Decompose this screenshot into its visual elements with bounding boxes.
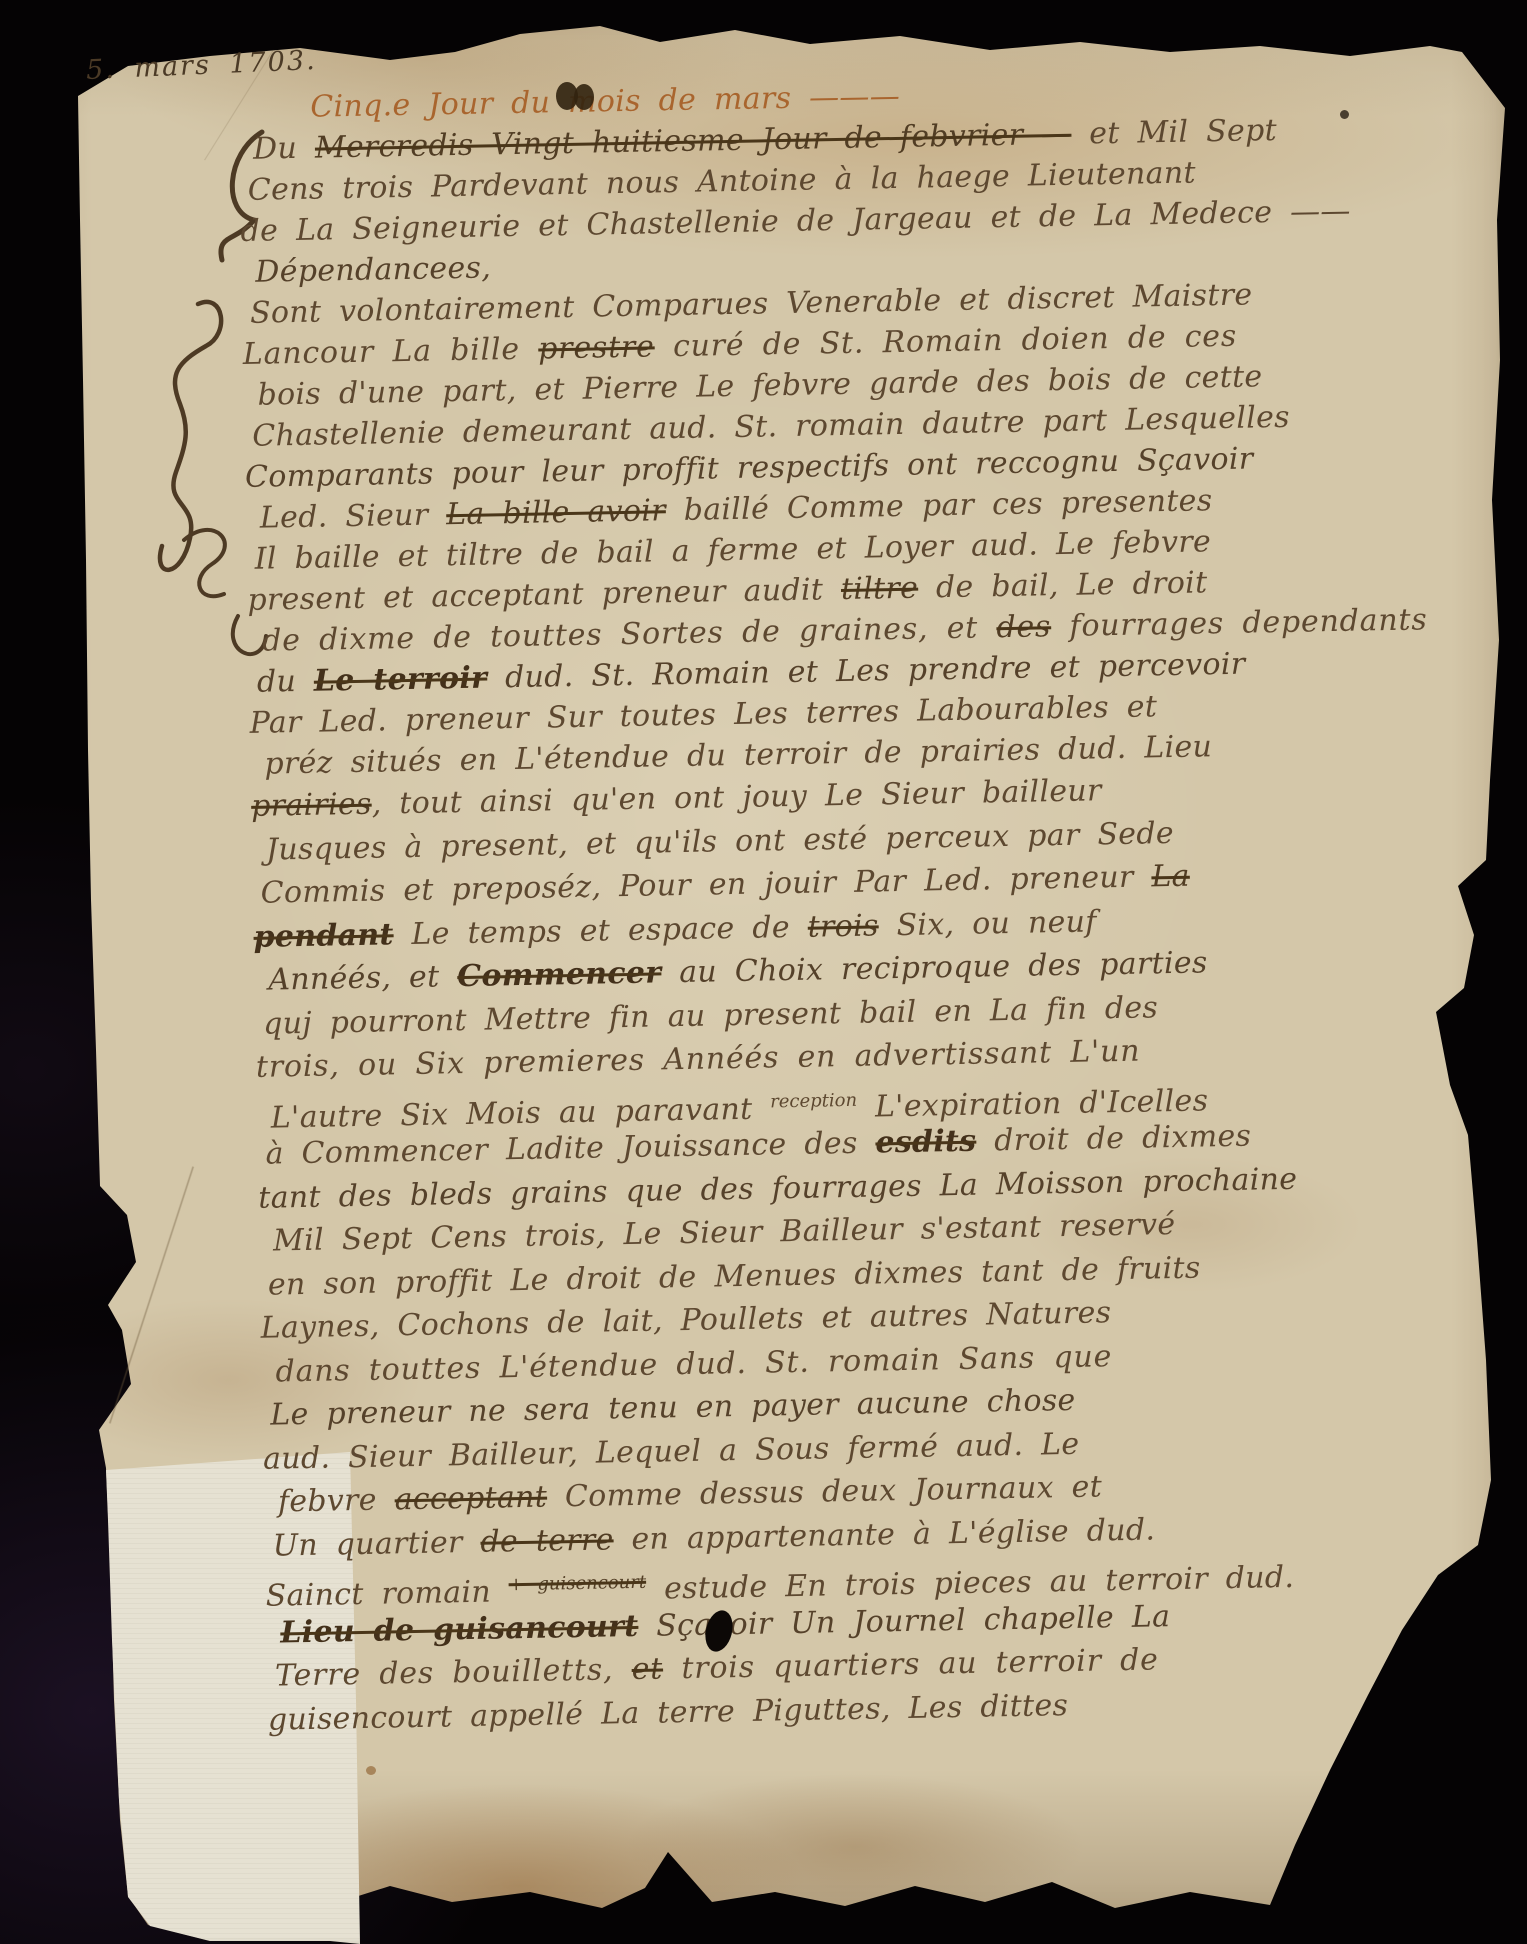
ink-speck: [1340, 110, 1349, 119]
handwritten-text: fourrages dependants: [1051, 602, 1428, 644]
stain-speck: [366, 1766, 376, 1775]
struck-text: Le terroir: [314, 661, 488, 699]
handwritten-text: Dépendancees,: [255, 250, 491, 289]
handwritten-text: Annéés, et: [268, 959, 458, 997]
handwritten-text: Un quartier: [272, 1524, 480, 1563]
ink-blot: [574, 84, 594, 110]
handwritten-text: baillé Comme par ces presentes: [666, 483, 1213, 528]
struck-text: prestre: [538, 329, 655, 366]
struck-text: tiltre: [841, 571, 919, 607]
handwritten-text: Le temps et espace de: [393, 909, 808, 952]
handwritten-text: Terre des bouilletts,: [275, 1652, 632, 1694]
handwritten-text: trois quartiers au terroir de: [663, 1642, 1159, 1686]
struck-text: trois: [807, 908, 879, 944]
manuscript-text-block: Cinq.e Jour du mois de mars ———Du Mercre…: [238, 69, 1278, 1741]
handwritten-text: reception: [770, 1089, 857, 1112]
handwritten-text: et Mil Sept: [1071, 113, 1277, 152]
struck-text: esdits: [875, 1124, 977, 1161]
struck-text: de terre: [480, 1522, 614, 1559]
struck-text: des: [996, 609, 1051, 645]
handwritten-text: Du: [253, 131, 315, 167]
handwritten-text: de bail, Le droit: [918, 565, 1208, 605]
struck-text: La bille avoir: [446, 493, 666, 532]
handwritten-text: Lancour La bille: [243, 332, 539, 372]
manuscript-lines-upper: Cinq.e Jour du mois de mars ———Du Mercre…: [238, 69, 1261, 784]
struck-text: + guisencourt: [508, 1572, 646, 1596]
struck-text: La: [1151, 859, 1190, 895]
handwritten-text: au Choix reciproque des parties: [661, 945, 1208, 990]
struck-text: acceptant: [394, 1480, 547, 1518]
handwritten-text: du: [257, 664, 315, 700]
handwritten-text: febvre: [278, 1482, 395, 1519]
handwritten-text: Comme dessus deux Journaux et: [547, 1469, 1103, 1514]
handwritten-text: Six, ou neuf: [878, 904, 1097, 943]
struck-text: Commencer: [457, 955, 662, 994]
manuscript-lines-lower: prairies, tout ainsi qu'en ont jouy Le S…: [251, 766, 1278, 1741]
handwritten-text: en appartenante à L'église dud.: [613, 1512, 1155, 1557]
handwritten-text: à Commencer Ladite Jouissance des: [265, 1125, 876, 1171]
struck-text: prairies: [251, 787, 372, 824]
struck-text: pendant: [253, 917, 394, 955]
struck-text: et: [631, 1651, 663, 1687]
struck-text: Lieu de guisancourt: [280, 1608, 639, 1650]
handwritten-text: Led. Sieur: [260, 497, 447, 535]
handwritten-text: droit de dixmes: [976, 1119, 1252, 1159]
